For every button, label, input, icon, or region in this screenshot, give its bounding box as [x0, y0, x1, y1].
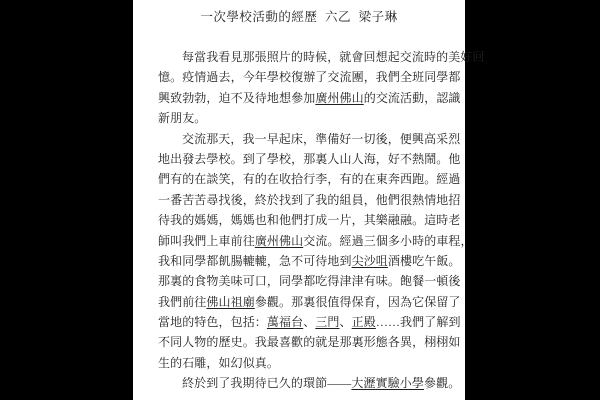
- text-segment: 交流。經過三個多小時的車程，: [303, 234, 472, 248]
- text-segment: 的交流活動，認識: [364, 91, 461, 105]
- text-segment: 們有的在談笑，有的在收拾行李，有的在東奔西跑。經過: [158, 172, 461, 186]
- text-line: 地出發去學校。到了學校，那裏人山人海，好不熱鬧。他: [158, 149, 450, 169]
- text-line: 一番苦苦尋找後，終於找到了我的組員，他們很熱情地招: [158, 190, 450, 210]
- text-segment: 憶。疫情過去，今年學校復辦了交流團，我們全班同學都: [158, 70, 461, 84]
- text-segment: 新朋友。: [158, 111, 206, 125]
- text-line: 不同人物的歷史。我最喜歡的就是那裏形態各異，栩栩如: [158, 332, 450, 352]
- text-segment: 終於到了我期待已久的環節——: [182, 376, 351, 390]
- text-segment: 那裏的食物美味可口，同學都吃得津津有味。飽餐一頓後: [158, 274, 461, 288]
- text-segment: 每當我看見那張照片的時候，就會回想起交流時的美好回: [182, 50, 485, 64]
- text-segment: 酒樓吃午飯。: [388, 254, 461, 268]
- text-segment: 一番苦苦尋找後，終於找到了我的組員，他們很熱情地招: [158, 193, 461, 207]
- text-line: 每當我看見那張照片的時候，就會回想起交流時的美好回: [158, 47, 450, 67]
- screenshot-stage: 一次學校活動的經歷 六乙 梁子琳 每當我看見那張照片的時候，就會回想起交流時的美…: [0, 0, 600, 400]
- text-segment: 不同人物的歷史。我最喜歡的就是那裏形態各異，栩栩如: [158, 335, 461, 349]
- text-line: 我和同學都飢腸轆轆，急不可待地到尖沙咀酒樓吃午飯。: [158, 251, 450, 271]
- proper-noun-underline: 三門: [315, 315, 339, 329]
- text-segment: 師叫我們上車前往: [158, 234, 255, 248]
- text-segment: 、: [303, 315, 315, 329]
- text-segment: 參觀。: [424, 376, 460, 390]
- proper-noun-underline: 大瀝實驗小學: [351, 376, 424, 390]
- text-segment: 生的石雕，如幻似真。: [158, 356, 279, 370]
- proper-noun-underline: 廣州佛山: [255, 234, 303, 248]
- text-line: 交流那天，我一早起床，準備好一切後，便興高采烈: [158, 129, 450, 149]
- text-line: 那裏的食物美味可口，同學都吃得津津有味。飽餐一頓後: [158, 271, 450, 291]
- text-line: 憶。疫情過去，今年學校復辦了交流團，我們全班同學都: [158, 67, 450, 87]
- document-body: 每當我看見那張照片的時候，就會回想起交流時的美好回憶。疫情過去，今年學校復辦了交…: [158, 47, 450, 394]
- text-line: 師叫我們上車前往廣州佛山交流。經過三個多小時的車程，: [158, 231, 450, 251]
- text-line: 終於到了我期待已久的環節——大瀝實驗小學參觀。: [158, 373, 450, 393]
- text-segment: 地出發去學校。到了學校，那裏人山人海，好不熱鬧。他: [158, 152, 461, 166]
- text-segment: 我和同學都飢腸轆轆，急不可待地到: [158, 254, 352, 268]
- text-segment: 當地的特色，包括：: [158, 315, 267, 329]
- text-line: 生的石雕，如幻似真。: [158, 353, 450, 373]
- text-segment: 交流那天，我一早起床，準備好一切後，便興高采烈: [182, 132, 460, 146]
- text-line: 待我的媽媽，媽媽也和他們打成一片，其樂融融。這時老: [158, 210, 450, 230]
- proper-noun-underline: 佛山祖廟: [206, 295, 254, 309]
- text-line: 新朋友。: [158, 108, 450, 128]
- text-segment: 興致勃勃，迫不及待地想參加: [158, 91, 315, 105]
- text-segment: 參觀。那裏很值得保育，因為它保留了: [255, 295, 461, 309]
- proper-noun-underline: 正殿: [352, 315, 376, 329]
- text-line: 們有的在談笑，有的在收拾行李，有的在東奔西跑。經過: [158, 169, 450, 189]
- text-segment: ……我們了解到: [376, 315, 461, 329]
- proper-noun-underline: 尖沙咀: [352, 254, 388, 268]
- proper-noun-underline: 萬福台: [267, 315, 303, 329]
- text-segment: 我們前往: [158, 295, 206, 309]
- document-title: 一次學校活動的經歷 六乙 梁子琳: [133, 9, 465, 26]
- document-page: 一次學校活動的經歷 六乙 梁子琳 每當我看見那張照片的時候，就會回想起交流時的美…: [133, 0, 465, 400]
- text-line: 當地的特色，包括：萬福台、三門、正殿……我們了解到: [158, 312, 450, 332]
- text-segment: 、: [340, 315, 352, 329]
- text-line: 我們前往佛山祖廟參觀。那裏很值得保育，因為它保留了: [158, 292, 450, 312]
- text-line: 興致勃勃，迫不及待地想參加廣州佛山的交流活動，認識: [158, 88, 450, 108]
- proper-noun-underline: 廣州佛山: [315, 91, 363, 105]
- text-segment: 待我的媽媽，媽媽也和他們打成一片，其樂融融。這時老: [158, 213, 461, 227]
